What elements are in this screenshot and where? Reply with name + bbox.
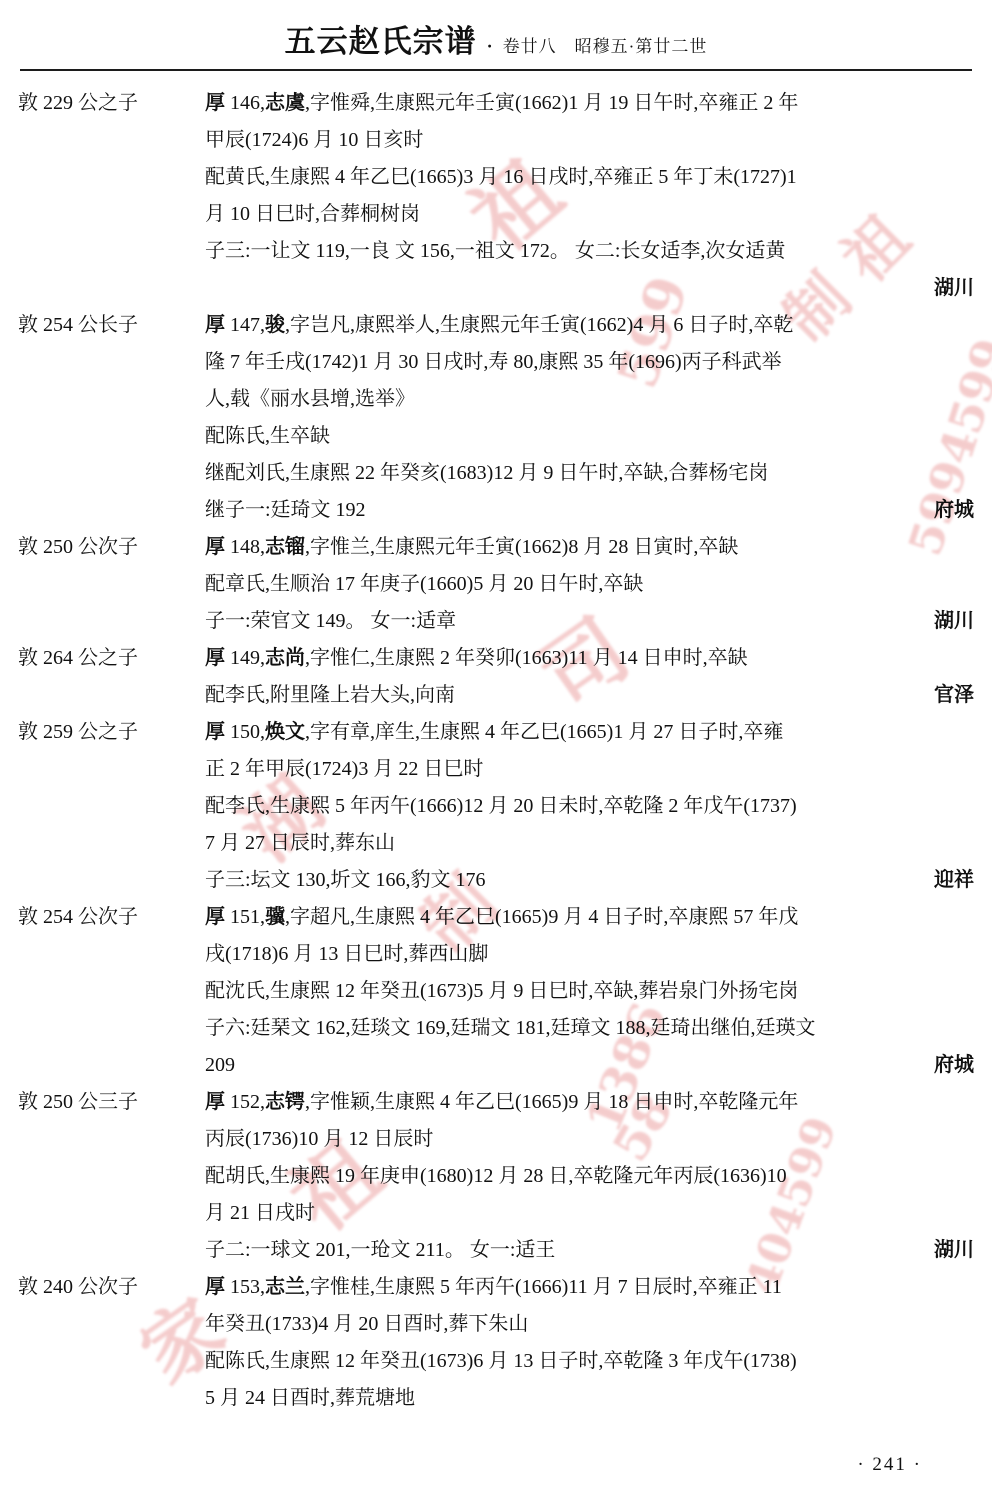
entry-line: 月 21 日戌时 [205, 1195, 974, 1232]
place-tag: 迎祥 [922, 862, 974, 899]
entry-line-text: 子二:一球文 201,一玱文 211。 女一:适王 [205, 1232, 922, 1269]
entry-body: 厚 147,骏,字岂凡,康熙举人,生康熙元年壬寅(1662)4 月 6 日子时,… [205, 307, 974, 529]
entry-line-text: 5 月 24 日酉时,葬荒塘地 [205, 1380, 974, 1417]
genealogy-entry: 敦 250 公三子厚 152,志锷,字惟颖,生康熙 4 年乙巳(1665)9 月… [18, 1084, 974, 1269]
entry-line-text: 子三:坛文 130,圻文 166,豹文 176 [205, 862, 922, 899]
entry-line: 配陈氏,生卒缺 [205, 418, 974, 455]
entry-line-text: 厚 153,志兰,字惟桂,生康熙 5 年丙午(1666)11 月 7 日辰时,卒… [205, 1269, 974, 1306]
book-title: 五云赵氏宗谱 [285, 16, 477, 61]
entry-line: 厚 148,志镏,字惟兰,生康熙元年壬寅(1662)8 月 28 日寅时,卒缺 [205, 529, 974, 566]
entries-list: 敦 229 公之子厚 146,志虞,字惟舜,生康熙元年壬寅(1662)1 月 1… [0, 71, 992, 1417]
entry-line-text [205, 270, 922, 307]
entry-line: 子六:廷琹文 162,廷琰文 169,廷瑞文 181,廷璋文 188,廷琦出继伯… [205, 1010, 974, 1047]
entry-line: 厚 153,志兰,字惟桂,生康熙 5 年丙午(1666)11 月 7 日辰时,卒… [205, 1269, 974, 1306]
entry-line-text: 年癸丑(1733)4 月 20 日酉时,葬下朱山 [205, 1306, 974, 1343]
entry-line: 209府城 [205, 1047, 974, 1084]
entry-line: 厚 150,焕文,字有章,庠生,生康熙 4 年乙巳(1665)1 月 27 日子… [205, 714, 974, 751]
entry-line: 配章氏,生顺治 17 年庚子(1660)5 月 20 日午时,卒缺 [205, 566, 974, 603]
entry-line: 配陈氏,生康熙 12 年癸丑(1673)6 月 13 日子时,卒乾隆 3 年戊午… [205, 1343, 974, 1380]
entry-line: 子一:荣官文 149。 女一:适章湖川 [205, 603, 974, 640]
genealogy-entry: 敦 264 公之子厚 149,志尚,字惟仁,生康熙 2 年癸卯(1663)11 … [18, 640, 974, 714]
entry-line: 配沈氏,生康熙 12 年癸丑(1673)5 月 9 日巳时,卒缺,葬岩泉门外扬宅… [205, 973, 974, 1010]
entry-line-text: 配陈氏,生康熙 12 年癸丑(1673)6 月 13 日子时,卒乾隆 3 年戊午… [205, 1343, 974, 1380]
entry-label: 敦 229 公之子 [18, 85, 205, 307]
entry-line-text: 厚 151,骥,字超凡,生康熙 4 年乙巳(1665)9 月 4 日子时,卒康熙… [205, 899, 974, 936]
entry-body: 厚 149,志尚,字惟仁,生康熙 2 年癸卯(1663)11 月 14 日申时,… [205, 640, 974, 714]
entry-line: 厚 151,骥,字超凡,生康熙 4 年乙巳(1665)9 月 4 日子时,卒康熙… [205, 899, 974, 936]
entry-line: 年癸丑(1733)4 月 20 日酉时,葬下朱山 [205, 1306, 974, 1343]
entry-line: 隆 7 年壬戌(1742)1 月 30 日戌时,寿 80,康熙 35 年(169… [205, 344, 974, 381]
entry-line: 继配刘氏,生康熙 22 年癸亥(1683)12 月 9 日午时,卒缺,合葬杨宅岗 [205, 455, 974, 492]
entry-line: 配胡氏,生康熙 19 年庚申(1680)12 月 28 日,卒乾隆元年丙辰(16… [205, 1158, 974, 1195]
entry-line: 子三:坛文 130,圻文 166,豹文 176迎祥 [205, 862, 974, 899]
entry-line-text: 配李氏,生康熙 5 年丙午(1666)12 月 20 日未时,卒乾隆 2 年戊午… [205, 788, 974, 825]
entry-label: 敦 254 公长子 [18, 307, 205, 529]
entry-label: 敦 254 公次子 [18, 899, 205, 1084]
entry-line: 7 月 27 日辰时,葬东山 [205, 825, 974, 862]
entry-line: 人,载《丽水县增,选举》 [205, 381, 974, 418]
place-tag: 湖川 [922, 270, 974, 307]
entry-line: 厚 152,志锷,字惟颖,生康熙 4 年乙巳(1665)9 月 18 日申时,卒… [205, 1084, 974, 1121]
page-number: · 241 · [857, 1454, 922, 1476]
entry-line-text: 继子一:廷琦文 192 [205, 492, 922, 529]
entry-line-text: 隆 7 年壬戌(1742)1 月 30 日戌时,寿 80,康熙 35 年(169… [205, 344, 974, 381]
genealogy-entry: 敦 254 公长子厚 147,骏,字岂凡,康熙举人,生康熙元年壬寅(1662)4… [18, 307, 974, 529]
entry-line-text: 209 [205, 1047, 922, 1084]
genealogy-page: 祖599制 祖5994599司湖1386404599祖家58制 五云赵氏宗谱 ·… [0, 0, 992, 1512]
entry-line-text: 厚 147,骏,字岂凡,康熙举人,生康熙元年壬寅(1662)4 月 6 日子时,… [205, 307, 974, 344]
place-tag: 湖川 [922, 603, 974, 640]
entry-line-text: 厚 152,志锷,字惟颖,生康熙 4 年乙巳(1665)9 月 18 日申时,卒… [205, 1084, 974, 1121]
entry-body: 厚 151,骥,字超凡,生康熙 4 年乙巳(1665)9 月 4 日子时,卒康熙… [205, 899, 974, 1084]
entry-body: 厚 150,焕文,字有章,庠生,生康熙 4 年乙巳(1665)1 月 27 日子… [205, 714, 974, 899]
entry-line-text: 配章氏,生顺治 17 年庚子(1660)5 月 20 日午时,卒缺 [205, 566, 974, 603]
entry-label: 敦 264 公之子 [18, 640, 205, 714]
entry-line-text: 厚 150,焕文,字有章,庠生,生康熙 4 年乙巳(1665)1 月 27 日子… [205, 714, 974, 751]
genealogy-entry: 敦 259 公之子厚 150,焕文,字有章,庠生,生康熙 4 年乙巳(1665)… [18, 714, 974, 899]
entry-line: 配李氏,生康熙 5 年丙午(1666)12 月 20 日未时,卒乾隆 2 年戊午… [205, 788, 974, 825]
entry-body: 厚 152,志锷,字惟颖,生康熙 4 年乙巳(1665)9 月 18 日申时,卒… [205, 1084, 974, 1269]
page-header: 五云赵氏宗谱 · 卷廿八 昭穆五·第廿二世 [0, 0, 992, 61]
entry-line: 5 月 24 日酉时,葬荒塘地 [205, 1380, 974, 1417]
entry-line: 子二:一球文 201,一玱文 211。 女一:适王湖川 [205, 1232, 974, 1269]
title-separator-dot: · [487, 36, 493, 57]
genealogy-entry: 敦 229 公之子厚 146,志虞,字惟舜,生康熙元年壬寅(1662)1 月 1… [18, 85, 974, 307]
entry-line: 正 2 年甲辰(1724)3 月 22 日巳时 [205, 751, 974, 788]
place-tag: 官泽 [922, 677, 974, 714]
genealogy-entry: 敦 240 公次子厚 153,志兰,字惟桂,生康熙 5 年丙午(1666)11 … [18, 1269, 974, 1417]
entry-body: 厚 146,志虞,字惟舜,生康熙元年壬寅(1662)1 月 19 日午时,卒雍正… [205, 85, 974, 307]
entry-body: 厚 153,志兰,字惟桂,生康熙 5 年丙午(1666)11 月 7 日辰时,卒… [205, 1269, 974, 1417]
entry-label: 敦 259 公之子 [18, 714, 205, 899]
entry-line-text: 戌(1718)6 月 13 日巳时,葬西山脚 [205, 936, 974, 973]
entry-line-text: 人,载《丽水县增,选举》 [205, 381, 974, 418]
entry-line-text: 配胡氏,生康熙 19 年庚申(1680)12 月 28 日,卒乾隆元年丙辰(16… [205, 1158, 974, 1195]
entry-line-text: 子一:荣官文 149。 女一:适章 [205, 603, 922, 640]
entry-line-text: 厚 146,志虞,字惟舜,生康熙元年壬寅(1662)1 月 19 日午时,卒雍正… [205, 85, 974, 122]
place-tag: 府城 [922, 1047, 974, 1084]
entry-line: 戌(1718)6 月 13 日巳时,葬西山脚 [205, 936, 974, 973]
entry-line-text: 丙辰(1736)10 月 12 日辰时 [205, 1121, 974, 1158]
entry-line-text: 正 2 年甲辰(1724)3 月 22 日巳时 [205, 751, 974, 788]
entry-label: 敦 240 公次子 [18, 1269, 205, 1417]
entry-line-text: 配陈氏,生卒缺 [205, 418, 974, 455]
entry-line-text: 配李氏,附里隆上岩大头,向南 [205, 677, 922, 714]
entry-line: 厚 149,志尚,字惟仁,生康熙 2 年癸卯(1663)11 月 14 日申时,… [205, 640, 974, 677]
entry-line: 丙辰(1736)10 月 12 日辰时 [205, 1121, 974, 1158]
entry-line-text: 子六:廷琹文 162,廷琰文 169,廷瑞文 181,廷璋文 188,廷琦出继伯… [205, 1010, 974, 1047]
entry-line: 继子一:廷琦文 192府城 [205, 492, 974, 529]
entry-line-text: 配沈氏,生康熙 12 年癸丑(1673)5 月 9 日巳时,卒缺,葬岩泉门外扬宅… [205, 973, 974, 1010]
entry-line: 配黄氏,生康熙 4 年乙巳(1665)3 月 16 日戌时,卒雍正 5 年丁未(… [205, 159, 974, 196]
entry-line: 厚 146,志虞,字惟舜,生康熙元年壬寅(1662)1 月 19 日午时,卒雍正… [205, 85, 974, 122]
entry-line-text: 7 月 27 日辰时,葬东山 [205, 825, 974, 862]
entry-label: 敦 250 公三子 [18, 1084, 205, 1269]
entry-body: 厚 148,志镏,字惟兰,生康熙元年壬寅(1662)8 月 28 日寅时,卒缺配… [205, 529, 974, 640]
place-tag: 府城 [922, 492, 974, 529]
entry-line-text: 厚 148,志镏,字惟兰,生康熙元年壬寅(1662)8 月 28 日寅时,卒缺 [205, 529, 974, 566]
entry-line: 湖川 [205, 270, 974, 307]
place-tag: 湖川 [922, 1232, 974, 1269]
entry-line-text: 月 21 日戌时 [205, 1195, 974, 1232]
entry-line-text: 厚 149,志尚,字惟仁,生康熙 2 年癸卯(1663)11 月 14 日申时,… [205, 640, 974, 677]
entry-line-text: 子三:一让文 119,一良 文 156,一祖文 172。 女二:长女适李,次女适… [205, 233, 974, 270]
volume-subtitle: 卷廿八 昭穆五·第廿二世 [503, 32, 708, 57]
entry-line-text: 月 10 日巳时,合葬桐树岗 [205, 196, 974, 233]
entry-line-text: 配黄氏,生康熙 4 年乙巳(1665)3 月 16 日戌时,卒雍正 5 年丁未(… [205, 159, 974, 196]
entry-line: 甲辰(1724)6 月 10 日亥时 [205, 122, 974, 159]
entry-line-text: 甲辰(1724)6 月 10 日亥时 [205, 122, 974, 159]
entry-line: 配李氏,附里隆上岩大头,向南官泽 [205, 677, 974, 714]
genealogy-entry: 敦 254 公次子厚 151,骥,字超凡,生康熙 4 年乙巳(1665)9 月 … [18, 899, 974, 1084]
genealogy-entry: 敦 250 公次子厚 148,志镏,字惟兰,生康熙元年壬寅(1662)8 月 2… [18, 529, 974, 640]
entry-line: 月 10 日巳时,合葬桐树岗 [205, 196, 974, 233]
entry-line-text: 继配刘氏,生康熙 22 年癸亥(1683)12 月 9 日午时,卒缺,合葬杨宅岗 [205, 455, 974, 492]
entry-label: 敦 250 公次子 [18, 529, 205, 640]
entry-line: 子三:一让文 119,一良 文 156,一祖文 172。 女二:长女适李,次女适… [205, 233, 974, 270]
entry-line: 厚 147,骏,字岂凡,康熙举人,生康熙元年壬寅(1662)4 月 6 日子时,… [205, 307, 974, 344]
